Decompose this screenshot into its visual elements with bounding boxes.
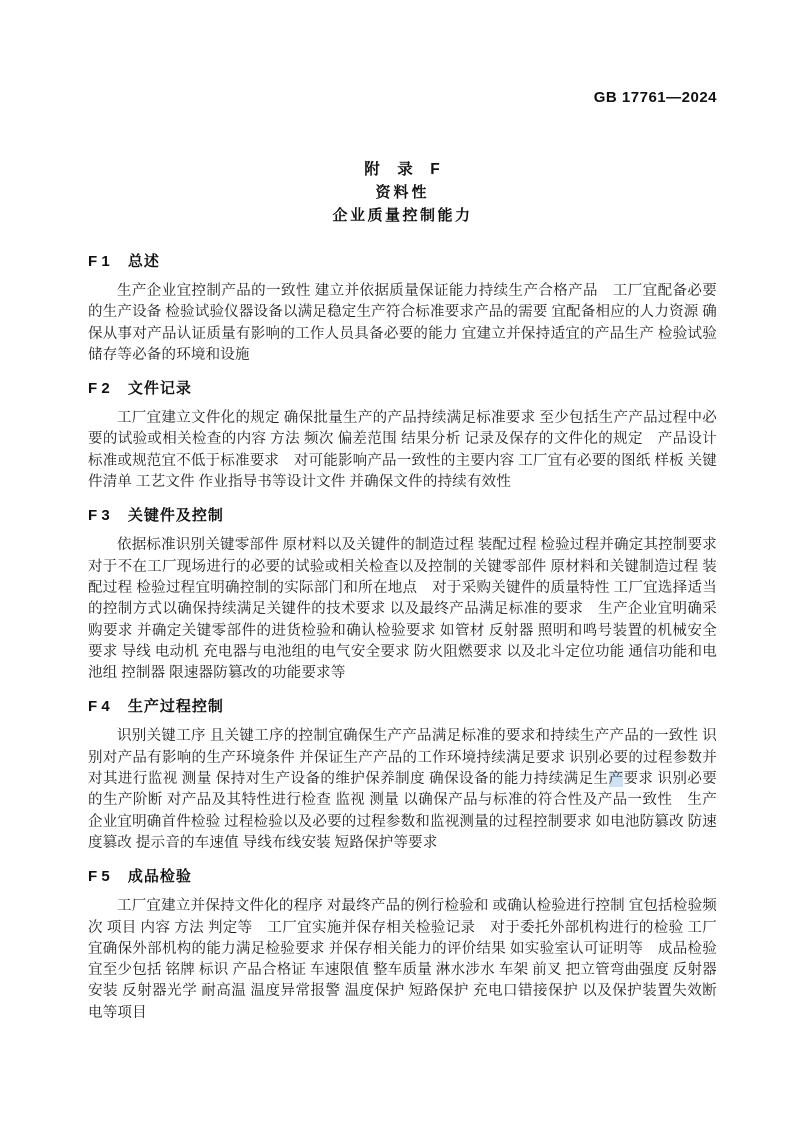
document-page: GB 17761—2024 附 录 F 资料性 企业质量控制能力 F 1 总述 … bbox=[0, 0, 793, 1122]
section-f4: F 4 生产过程控制 识别关键工序 且关键工序的控制宜确保生产产品满足标准的要求… bbox=[88, 698, 717, 854]
section-number: F 2 bbox=[88, 380, 110, 397]
section-f5: F 5 成品检验 工厂宜建立并保持文件化的程序 对最终产品的例行检验和 或确认检… bbox=[88, 868, 717, 1024]
paragraph: 生产企业宜控制产品的一致性 建立并依据质量保证能力持续生产合格产品 工厂宜配备必… bbox=[88, 281, 717, 366]
section-f1: F 1 总述 生产企业宜控制产品的一致性 建立并依据质量保证能力持续生产合格产品… bbox=[88, 253, 717, 366]
section-title: 关键件及控制 bbox=[128, 507, 224, 524]
annex-title-block: 附 录 F 资料性 企业质量控制能力 bbox=[88, 158, 717, 227]
section-f3-heading: F 3 关键件及控制 bbox=[88, 507, 717, 525]
paragraph: 工厂宜建立文件化的规定 确保批量生产的产品持续满足标准要求 至少包括生产产品过程… bbox=[88, 408, 717, 493]
highlighted-character: 产 bbox=[609, 771, 624, 787]
paragraph: 识别关键工序 且关键工序的控制宜确保生产产品满足标准的要求和持续生产产品的一致性… bbox=[88, 726, 717, 854]
section-f2-heading: F 2 文件记录 bbox=[88, 380, 717, 398]
section-title: 成品检验 bbox=[128, 868, 192, 885]
paragraph: 工厂宜建立并保持文件化的程序 对最终产品的例行检验和 或确认检验进行控制 宜包括… bbox=[88, 896, 717, 1024]
section-number: F 3 bbox=[88, 507, 110, 524]
section-f5-heading: F 5 成品检验 bbox=[88, 868, 717, 886]
section-title: 总述 bbox=[128, 253, 160, 270]
section-f4-heading: F 4 生产过程控制 bbox=[88, 698, 717, 716]
section-f3: F 3 关键件及控制 依据标准识别关键零部件 原材料以及关键件的制造过程 装配过… bbox=[88, 507, 717, 684]
paragraph: 依据标准识别关键零部件 原材料以及关键件的制造过程 装配过程 检验过程并确定其控… bbox=[88, 535, 717, 684]
standard-number: GB 17761—2024 bbox=[88, 90, 717, 106]
section-number: F 5 bbox=[88, 868, 110, 885]
section-title: 生产过程控制 bbox=[128, 698, 224, 715]
section-number: F 1 bbox=[88, 253, 110, 270]
section-number: F 4 bbox=[88, 698, 110, 715]
annex-subject: 企业质量控制能力 bbox=[88, 204, 717, 227]
section-f1-heading: F 1 总述 bbox=[88, 253, 717, 271]
annex-type: 资料性 bbox=[88, 181, 717, 204]
section-title: 文件记录 bbox=[128, 380, 192, 397]
section-f2: F 2 文件记录 工厂宜建立文件化的规定 确保批量生产的产品持续满足标准要求 至… bbox=[88, 380, 717, 493]
annex-title: 附 录 F bbox=[88, 158, 717, 181]
